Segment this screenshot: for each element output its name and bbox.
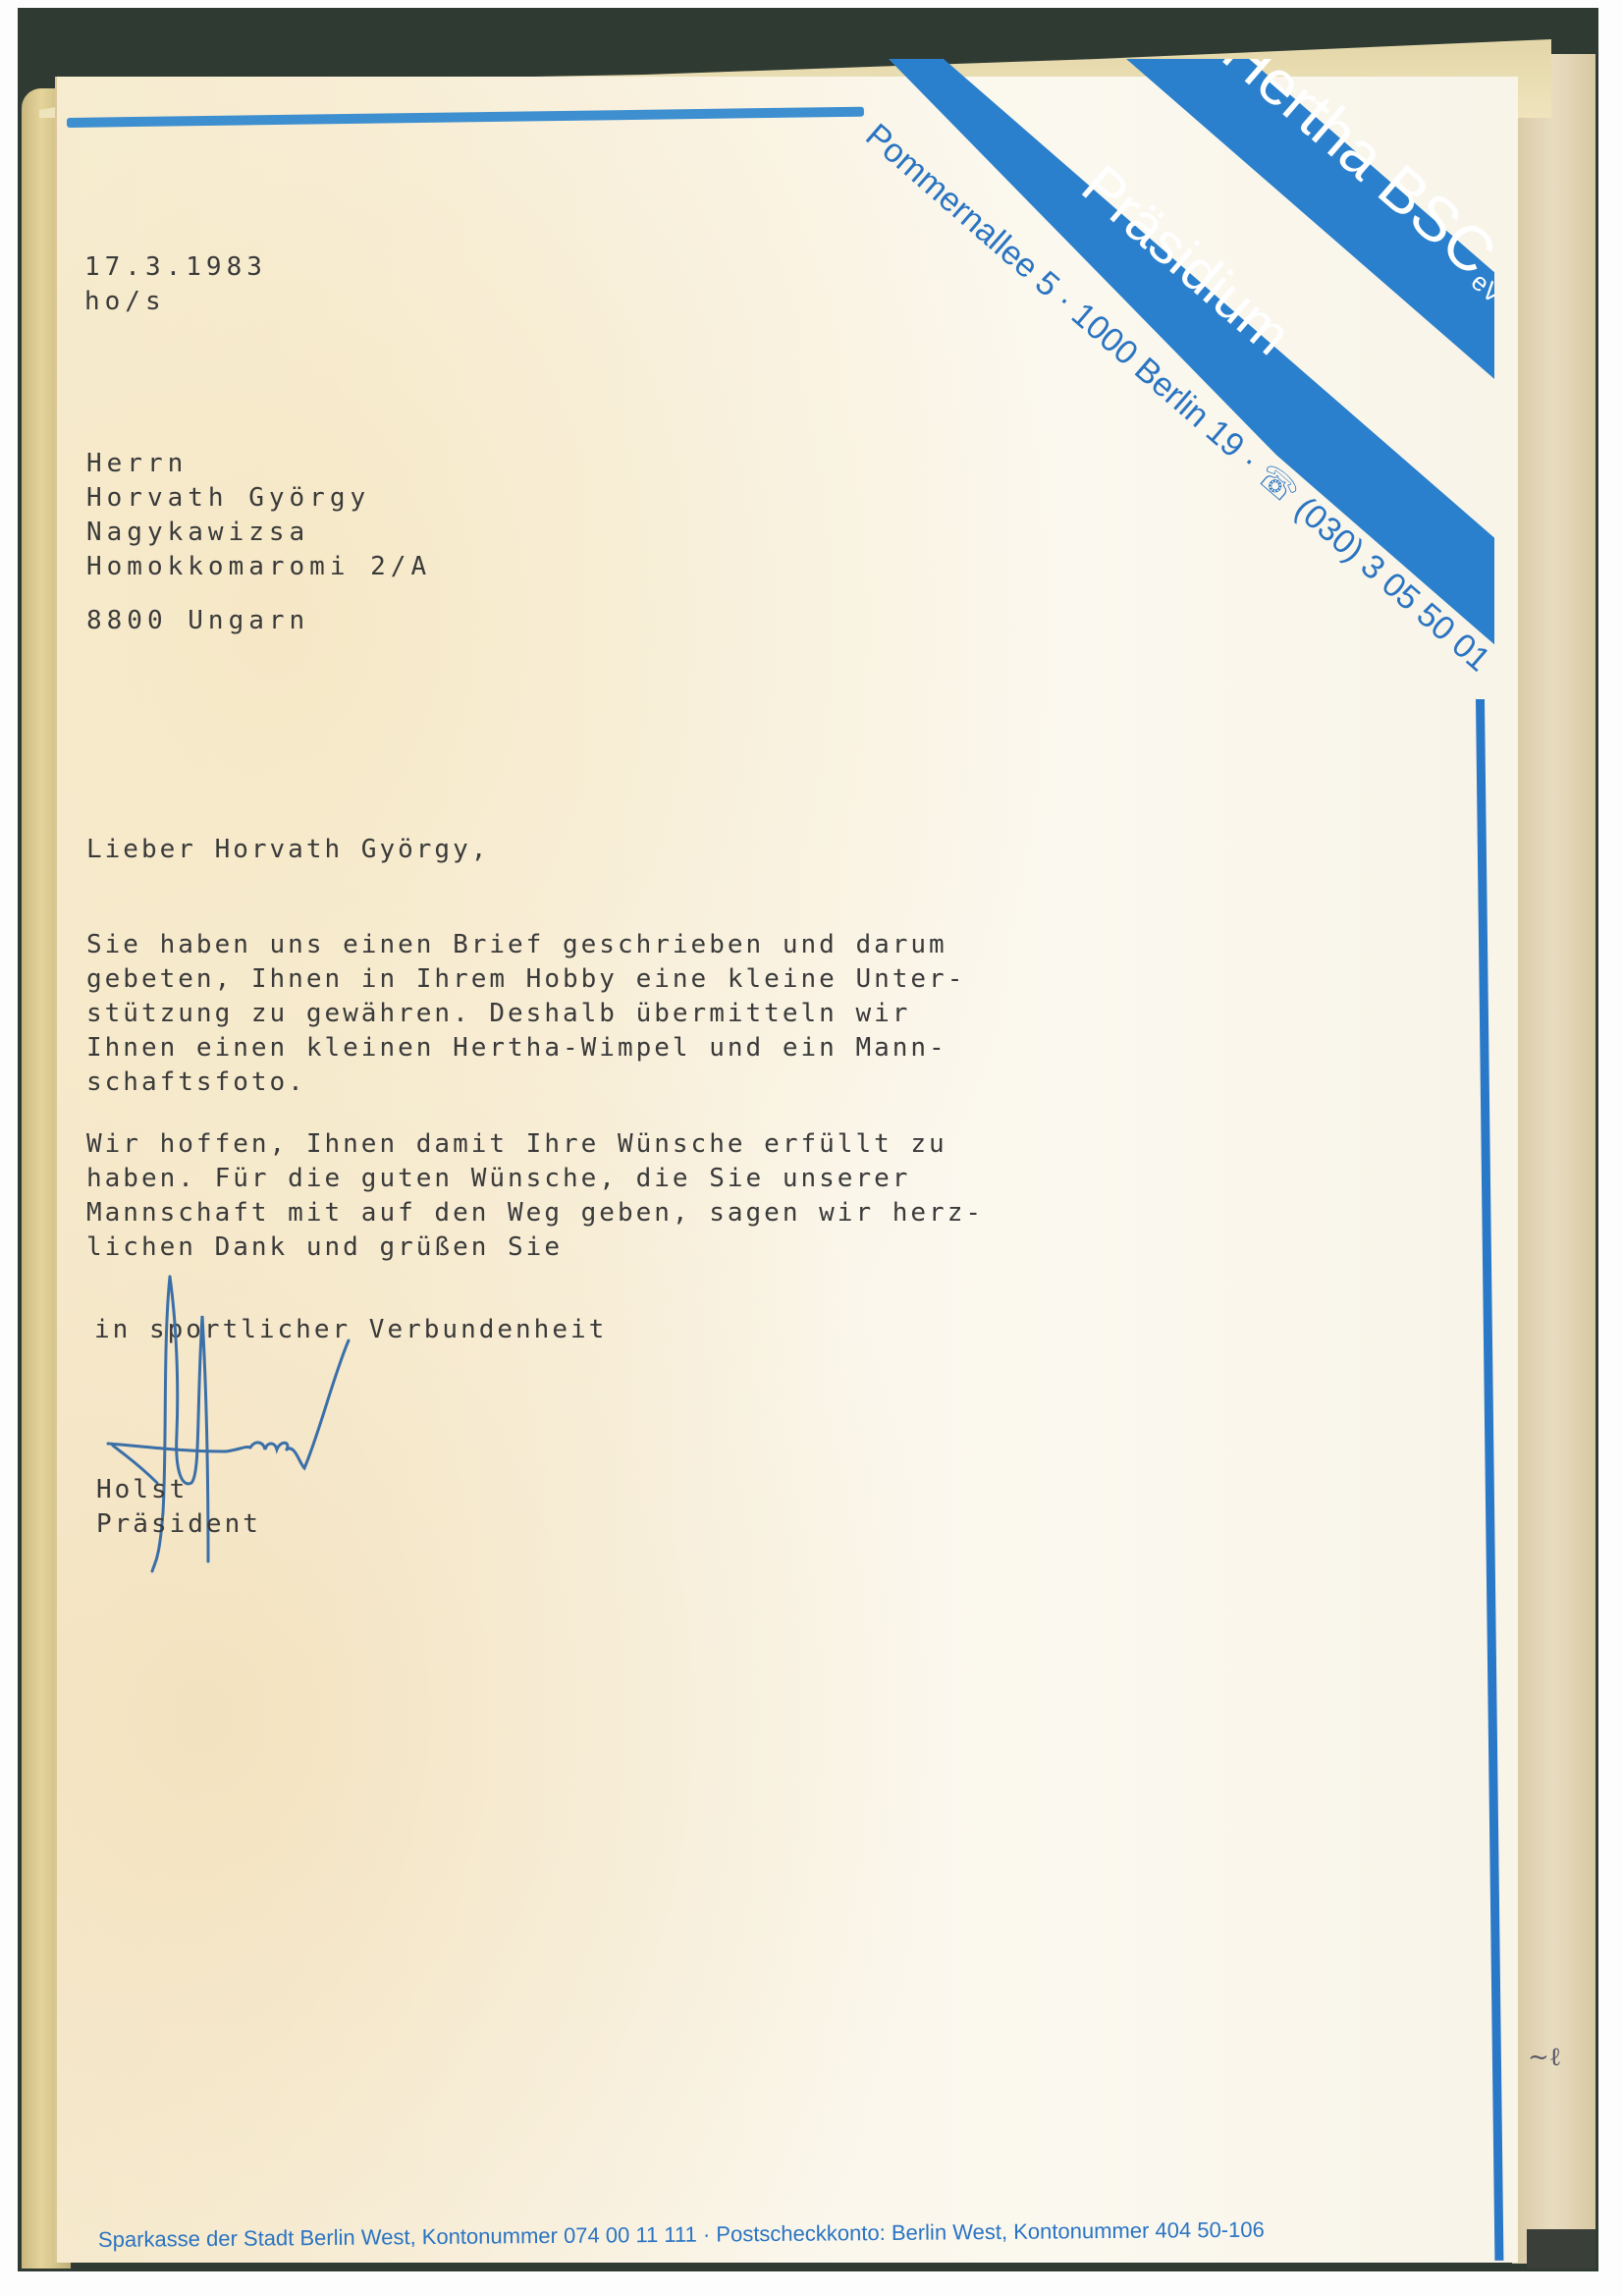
body-line: lichen Dank und grüßen Sie [86, 1230, 563, 1265]
signatory-name: Holst [96, 1473, 188, 1507]
recipient-street: Homokkomaromi 2/A [86, 550, 431, 584]
body-line: stützung zu gewähren. Deshalb übermittel… [86, 997, 910, 1031]
body-line: gebeten, Ihnen in Ihrem Hobby eine klein… [86, 962, 965, 997]
paper-stack-right-edge [1512, 54, 1596, 2264]
body-line: Ihnen einen kleinen Hertha-Wimpel und ei… [86, 1031, 947, 1066]
recipient-town: Nagykawizsa [86, 516, 309, 550]
signatory-title: Präsident [96, 1507, 261, 1542]
recipient-salutation: Herrn [86, 447, 188, 481]
body-line: Mannschaft mit auf den Weg geben, sagen … [86, 1196, 984, 1230]
reference-initials: ho/s [84, 285, 166, 319]
recipient-postal-country: 8800 Ungarn [86, 604, 309, 638]
body-line: schaftsfoto. [86, 1066, 306, 1100]
body-line: Sie haben uns einen Brief geschrieben un… [86, 928, 947, 962]
recipient-name: Horvath György [86, 481, 370, 516]
letter-greeting: Lieber Horvath György, [86, 833, 489, 867]
letter-date: 17.3.1983 [84, 250, 267, 285]
margin-handwriting: ~ℓ [1528, 2043, 1561, 2072]
body-line: Wir hoffen, Ihnen damit Ihre Wünsche erf… [86, 1127, 947, 1162]
stack-shadow [1527, 2229, 1596, 2269]
body-line: haben. Für die guten Wünsche, die Sie un… [86, 1162, 910, 1196]
